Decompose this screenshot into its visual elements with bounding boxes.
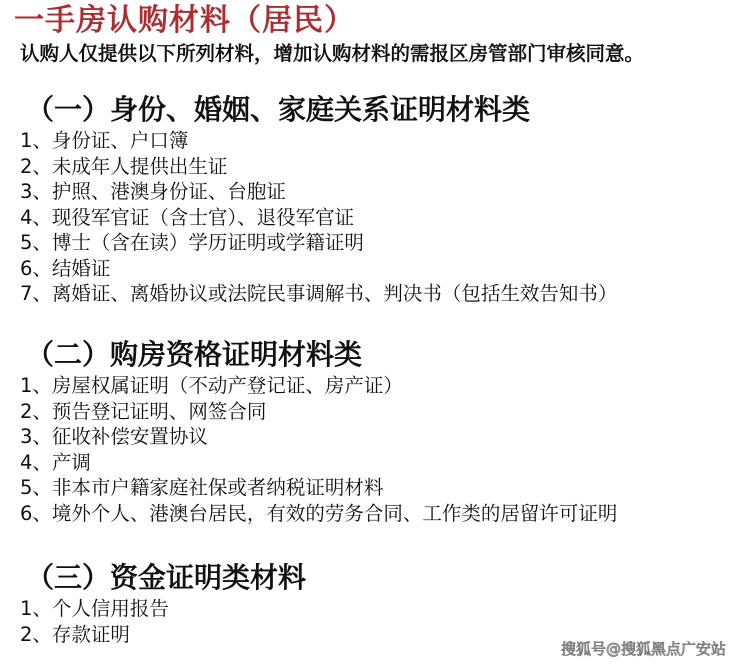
list-item: 6、结婚证 [20,256,740,282]
item-list: 1、身份证、户口簿 2、未成年人提供出生证 3、护照、港澳身份证、台胞证 4、现… [0,128,740,307]
list-item: 5、非本市户籍家庭社保或者纳税证明材料 [20,475,740,501]
list-item: 3、征收补偿安置协议 [20,424,740,450]
item-list: 1、房屋权属证明（不动产登记证、房产证） 2、预告登记证明、网签合同 3、征收补… [0,373,740,526]
section-identity-marriage-family: （一）身份、婚姻、家庭关系证明材料类 1、身份证、户口簿 2、未成年人提供出生证… [0,92,740,307]
document-subtitle: 认购人仅提供以下所列材料，增加认购材料的需报区房管部门审核同意。 [20,41,644,67]
list-item: 4、产调 [20,450,740,476]
list-item: 7、离婚证、离婚协议或法院民事调解书、判决书（包括生效告知书） [20,281,740,307]
list-item: 1、房屋权属证明（不动产登记证、房产证） [20,373,740,399]
list-item: 4、现役军官证（含士官）、退役军官证 [20,205,740,231]
document-page: 一手房认购材料（居民） 认购人仅提供以下所列材料，增加认购材料的需报区房管部门审… [0,0,740,671]
section-purchase-eligibility: （二）购房资格证明材料类 1、房屋权属证明（不动产登记证、房产证） 2、预告登记… [0,337,740,526]
section-heading: （三）资金证明类材料 [26,560,740,596]
list-item: 5、博士（含在读）学历证明或学籍证明 [20,230,740,256]
section-heading: （一）身份、婚姻、家庭关系证明材料类 [26,92,740,128]
list-item: 3、护照、港澳身份证、台胞证 [20,179,740,205]
list-item: 6、境外个人、港澳台居民，有效的劳务合同、工作类的居留许可证明 [20,501,740,527]
list-item: 2、未成年人提供出生证 [20,154,740,180]
document-title: 一手房认购材料（居民） [14,2,355,40]
section-heading: （二）购房资格证明材料类 [26,337,740,373]
list-item: 1、个人信用报告 [20,596,740,622]
list-item: 1、身份证、户口簿 [20,128,740,154]
watermark: 搜狐号@搜狐黑点广安站 [561,639,726,659]
section-funds-proof: （三）资金证明类材料 1、个人信用报告 2、存款证明 [0,560,740,647]
list-item: 2、预告登记证明、网签合同 [20,399,740,425]
